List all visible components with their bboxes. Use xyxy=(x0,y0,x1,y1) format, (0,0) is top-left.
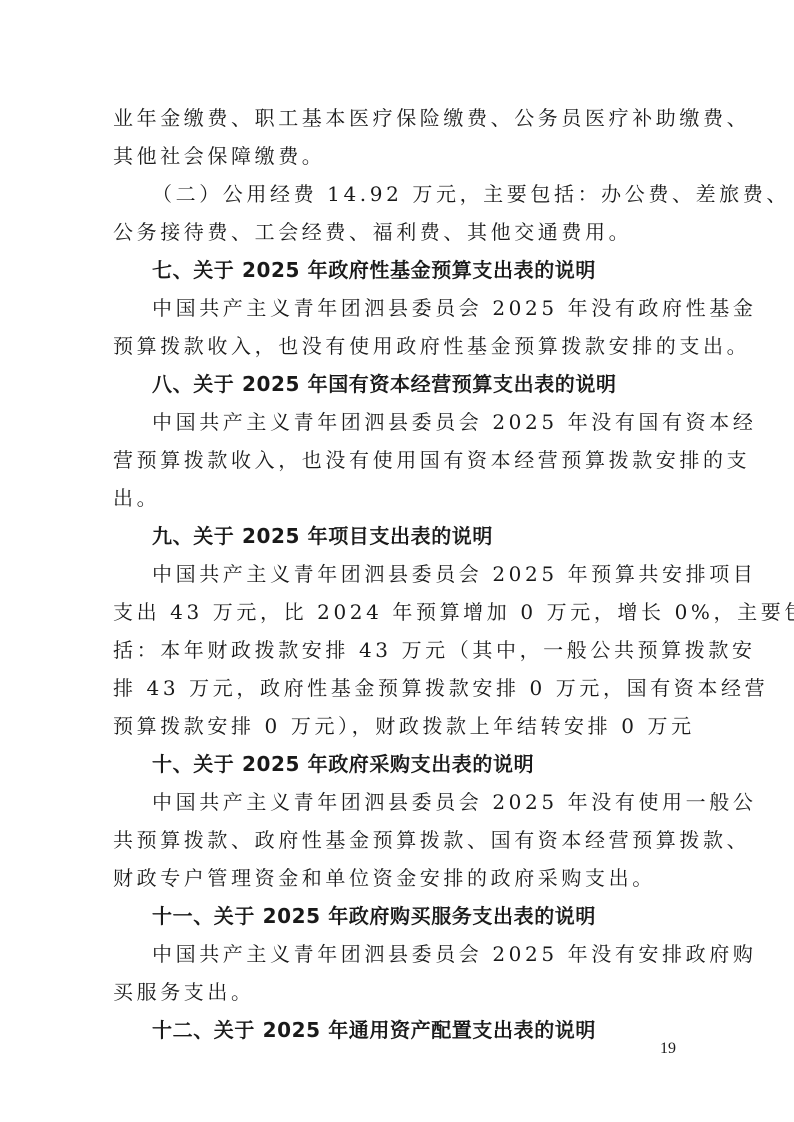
body-line: 中国共产主义青年团泗县委员会 2025 年预算共安排项目 xyxy=(152,555,683,593)
body-line: 排 43 万元，政府性基金预算拨款安排 0 万元，国有资本经营 xyxy=(113,669,683,707)
section-heading-9: 九、关于 2025 年项目支出表的说明 xyxy=(152,517,683,555)
document-page: 业年金缴费、职工基本医疗保险缴费、公务员医疗补助缴费、 其他社会保障缴费。 （二… xyxy=(0,0,794,1122)
body-line: 中国共产主义青年团泗县委员会 2025 年没有安排政府购 xyxy=(152,935,683,973)
body-line: 支出 43 万元，比 2024 年预算增加 0 万元，增长 0%，主要包 xyxy=(113,593,683,631)
body-line: 财政专户管理资金和单位资金安排的政府采购支出。 xyxy=(113,859,683,897)
body-line: 营预算拨款收入，也没有使用国有资本经营预算拨款安排的支 xyxy=(113,441,683,479)
body-line: 共预算拨款、政府性基金预算拨款、国有资本经营预算拨款、 xyxy=(113,821,683,859)
body-line: 中国共产主义青年团泗县委员会 2025 年没有使用一般公 xyxy=(152,783,683,821)
section-heading-7: 七、关于 2025 年政府性基金预算支出表的说明 xyxy=(152,251,683,289)
body-line: 中国共产主义青年团泗县委员会 2025 年没有国有资本经 xyxy=(152,403,683,441)
section-heading-12: 十二、关于 2025 年通用资产配置支出表的说明 xyxy=(152,1011,683,1049)
body-line: 预算拨款安排 0 万元），财政拨款上年结转安排 0 万元 xyxy=(113,707,683,745)
body-line: 预算拨款收入，也没有使用政府性基金预算拨款安排的支出。 xyxy=(113,327,683,365)
page-number: 19 xyxy=(660,1040,676,1058)
body-line: 公务接待费、工会经费、福利费、其他交通费用。 xyxy=(113,213,683,251)
body-line: 业年金缴费、职工基本医疗保险缴费、公务员医疗补助缴费、 xyxy=(113,99,683,137)
body-line: 其他社会保障缴费。 xyxy=(113,137,683,175)
body-line: 买服务支出。 xyxy=(113,973,683,1011)
body-line: 中国共产主义青年团泗县委员会 2025 年没有政府性基金 xyxy=(152,289,683,327)
section-heading-10: 十、关于 2025 年政府采购支出表的说明 xyxy=(152,745,683,783)
body-line: （二）公用经费 14.92 万元，主要包括：办公费、差旅费、 xyxy=(152,175,683,213)
section-heading-11: 十一、关于 2025 年政府购买服务支出表的说明 xyxy=(152,897,683,935)
section-heading-8: 八、关于 2025 年国有资本经营预算支出表的说明 xyxy=(152,365,683,403)
body-line: 出。 xyxy=(113,479,683,517)
body-line: 括：本年财政拨款安排 43 万元（其中，一般公共预算拨款安 xyxy=(113,631,683,669)
